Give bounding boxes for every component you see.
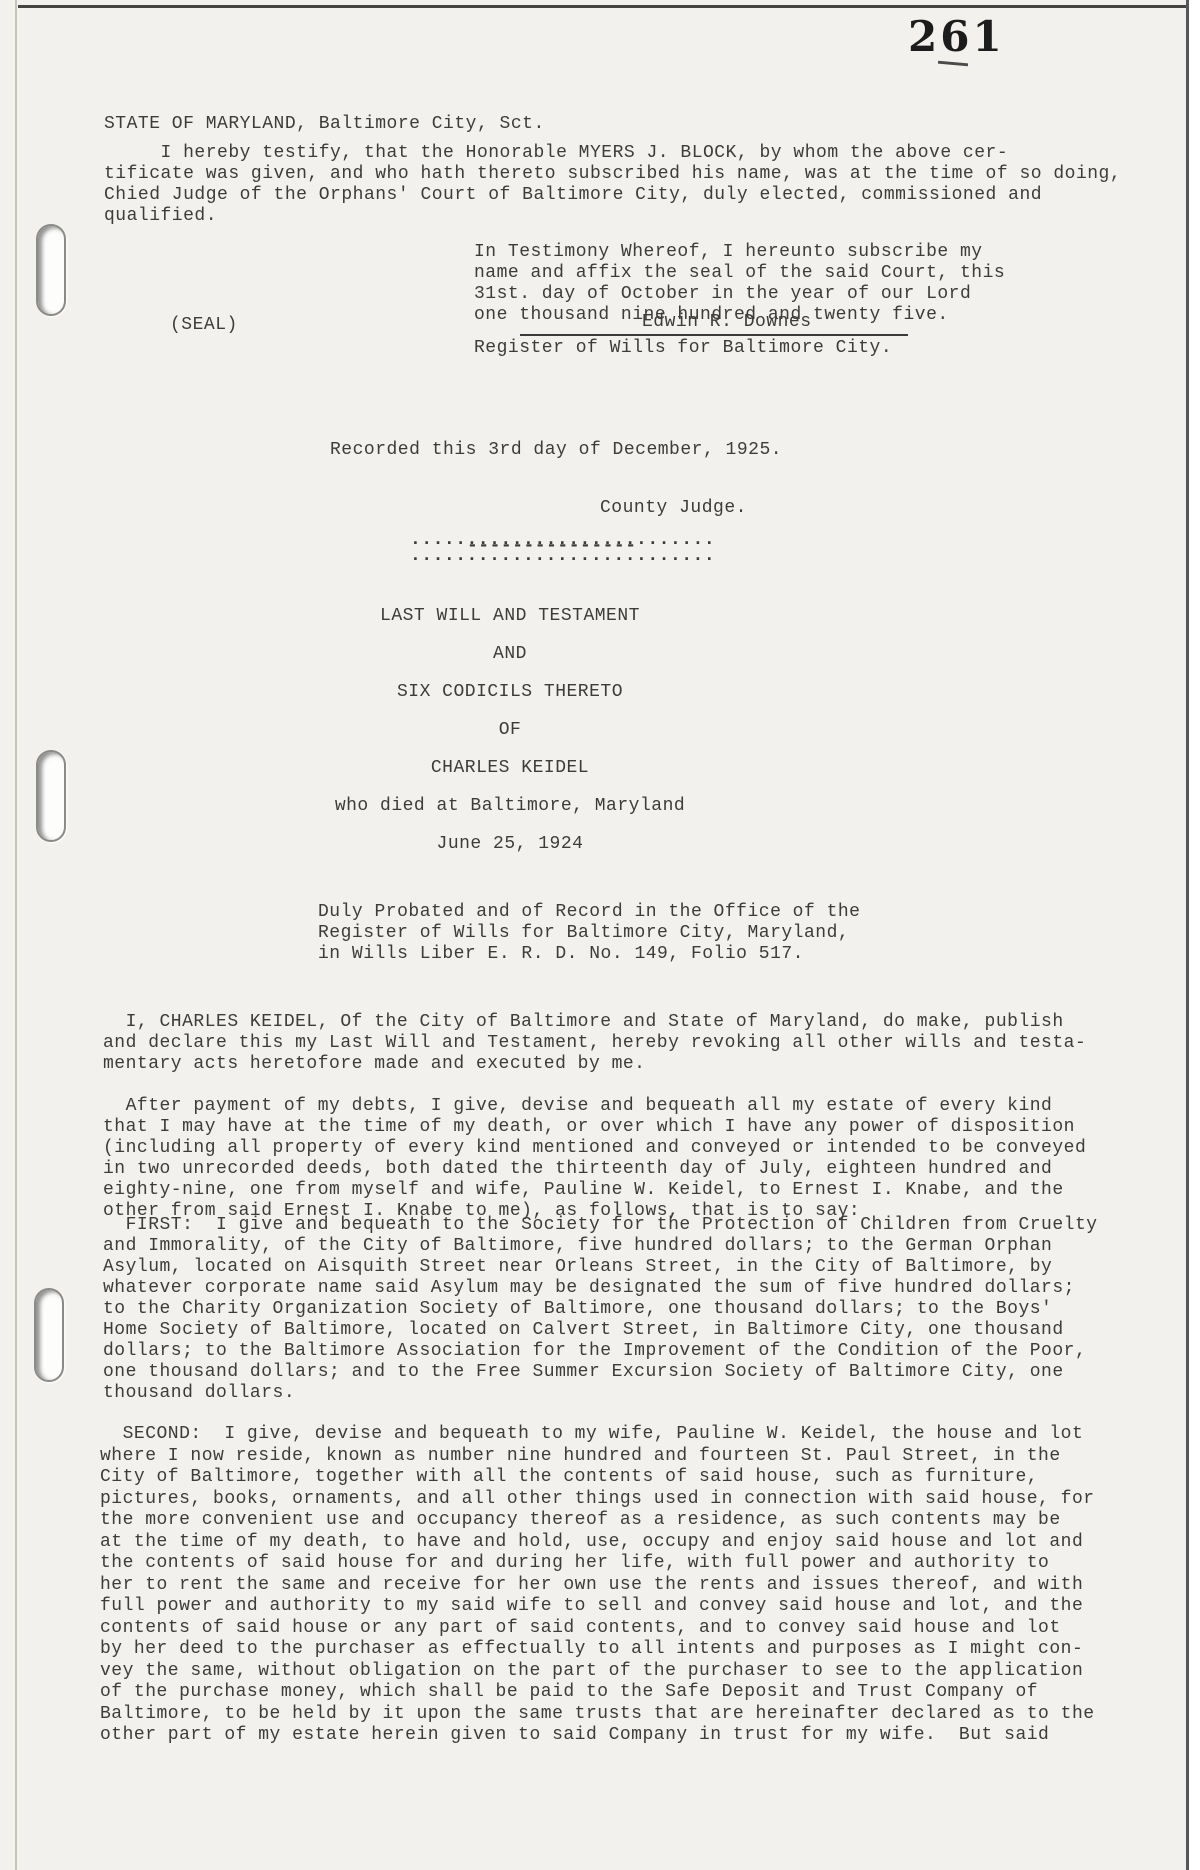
county-judge-line: County Judge. — [600, 498, 747, 519]
jurisdiction-line: STATE OF MARYLAND, Baltimore City, Sct. — [104, 114, 545, 135]
signature-line — [520, 334, 908, 336]
page-number: 261 — [908, 12, 1005, 61]
document-page: 261 STATE OF MARYLAND, Baltimore City, S… — [0, 0, 1189, 1870]
binding-hole — [36, 224, 66, 316]
signature-name: Edwin R. Downes — [642, 312, 812, 333]
signature-title: Register of Wills for Baltimore City. — [474, 338, 892, 359]
will-opening-paragraph: I, CHARLES KEIDEL, Of the City of Baltim… — [103, 1012, 1086, 1075]
recorded-line: Recorded this 3rd day of December, 1925. — [330, 440, 782, 461]
binding-hole — [34, 1288, 64, 1382]
estate-paragraph: After payment of my debts, I give, devis… — [103, 1096, 1086, 1222]
probate-block: Duly Probated and of Record in the Offic… — [318, 902, 860, 965]
second-clause-paragraph: SECOND: I give, devise and bequeath to m… — [100, 1424, 1095, 1747]
title-block: LAST WILL AND TESTAMENT AND SIX CODICILS… — [100, 597, 920, 863]
left-edge-line — [15, 0, 17, 1870]
seal-label: (SEAL) — [170, 315, 238, 336]
first-clause-paragraph: FIRST: I give and bequeath to the Societ… — [103, 1215, 1098, 1404]
top-edge-line — [18, 5, 1189, 8]
certification-paragraph: I hereby testify, that the Honorable MYE… — [104, 143, 1121, 227]
divider-dots-bottom: ........................... — [410, 546, 715, 567]
page-number-underline — [938, 61, 968, 67]
binding-hole — [36, 750, 66, 842]
right-edge-line — [1186, 0, 1189, 1870]
